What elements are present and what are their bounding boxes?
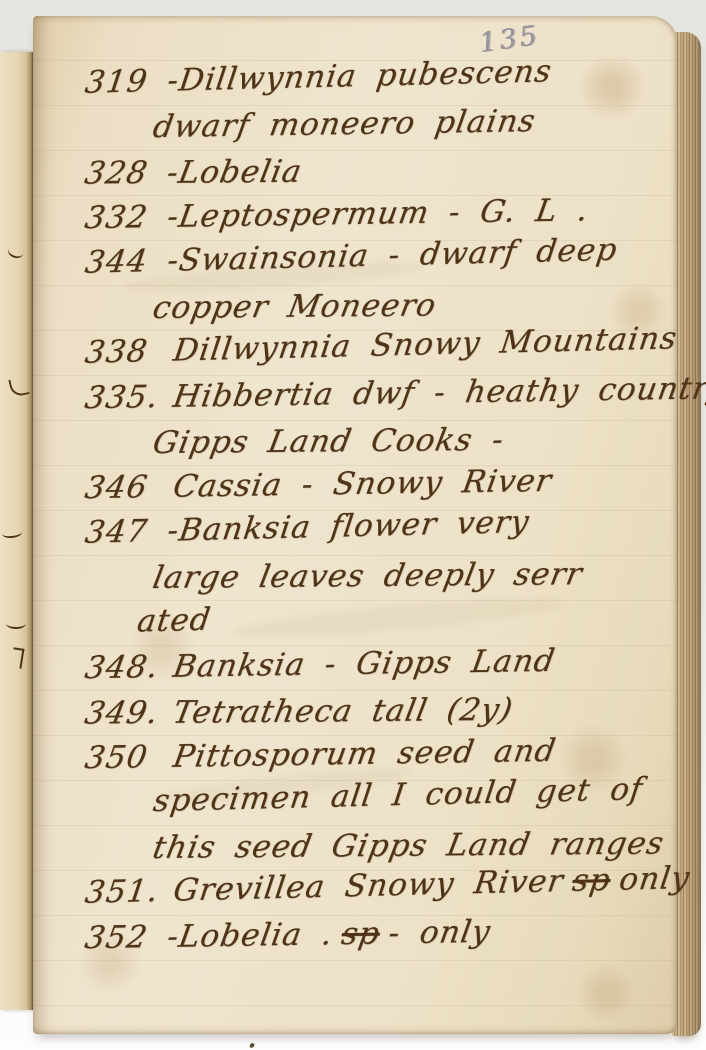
entry-text: Dillwynnia pubescens — [177, 53, 554, 98]
entry-line: dwarf moneero plains — [29, 97, 682, 152]
entry-number: 349. — [81, 691, 178, 737]
entry-number: 328 - — [81, 151, 183, 197]
ink-fragment — [2, 527, 23, 539]
entry-line: 335.Hibbertia dwf - heathy country — [29, 367, 682, 422]
struck-word: sp — [570, 862, 613, 899]
entry-list: 319 -Dillwynnia pubescens dwarf moneero … — [33, 16, 677, 962]
entry-text-pre: Grevillea Snowy River — [171, 863, 566, 908]
entry-text: Lobelia .sp- only — [176, 914, 502, 955]
entry-line: 348.Banksia - Gipps Land — [29, 637, 682, 692]
entry-text: dwarf moneero plains — [151, 103, 539, 145]
ink-fragment — [8, 376, 29, 397]
entry-number: 335. — [82, 375, 177, 421]
entry-number: 346 — [82, 465, 177, 511]
entry-text: Gipps Land Cooks - — [150, 422, 507, 461]
entry-text-post: only — [617, 860, 692, 898]
entry-text: ated — [135, 602, 213, 640]
entry-text: Banksia - Gipps Land — [171, 643, 558, 685]
ink-fragment — [6, 242, 26, 260]
entry-text: Grevillea Snowy Riversponly — [171, 860, 701, 909]
entry-number: 319 - — [82, 58, 182, 105]
entry-number: 347 - — [82, 508, 182, 555]
ink-fragment — [11, 647, 25, 668]
entry-number: 344 - — [82, 238, 182, 285]
entry-text: Lobelia — [175, 154, 305, 191]
entry-text: Dillwynnia Snowy Mountains — [171, 320, 679, 368]
struck-word: sp — [339, 916, 383, 953]
entry-text: Pittosporum seed and — [171, 733, 559, 775]
notebook-photo: 135 319 -Dillwynnia pubescens dwarf mone… — [0, 0, 706, 1050]
entry-text-pre: Lobelia . — [176, 916, 336, 954]
entry-number: 352 - — [82, 915, 183, 961]
entry-number: 348. — [82, 645, 177, 691]
entry-text: Hibbertia dwf - heathy country — [171, 370, 706, 415]
entry-line: 352 -Lobelia .sp- only — [29, 907, 682, 962]
entry-text: Leptospermum - G. L . — [176, 192, 591, 234]
entry-number: 338 — [82, 329, 176, 376]
ink-speck — [249, 1042, 255, 1048]
ink-fragment — [6, 618, 26, 629]
entry-text: Banksia flower very — [177, 504, 532, 549]
entry-text: specimen all I could get of — [151, 771, 645, 819]
entry-text: copper Moneero — [150, 287, 439, 325]
entry-text-post: - only — [386, 914, 493, 952]
entry-number: 350 — [82, 735, 177, 781]
entry-number: 351. — [82, 869, 176, 916]
entry-text: Swainsonia - dwarf deep — [177, 232, 620, 279]
manuscript-page: 135 319 -Dillwynnia pubescens dwarf mone… — [33, 16, 677, 1034]
entry-number: 332 - — [82, 195, 183, 241]
entry-text: Cassia - Snowy River — [171, 463, 555, 505]
entry-text: Tetratheca tall (2y) — [170, 692, 516, 731]
